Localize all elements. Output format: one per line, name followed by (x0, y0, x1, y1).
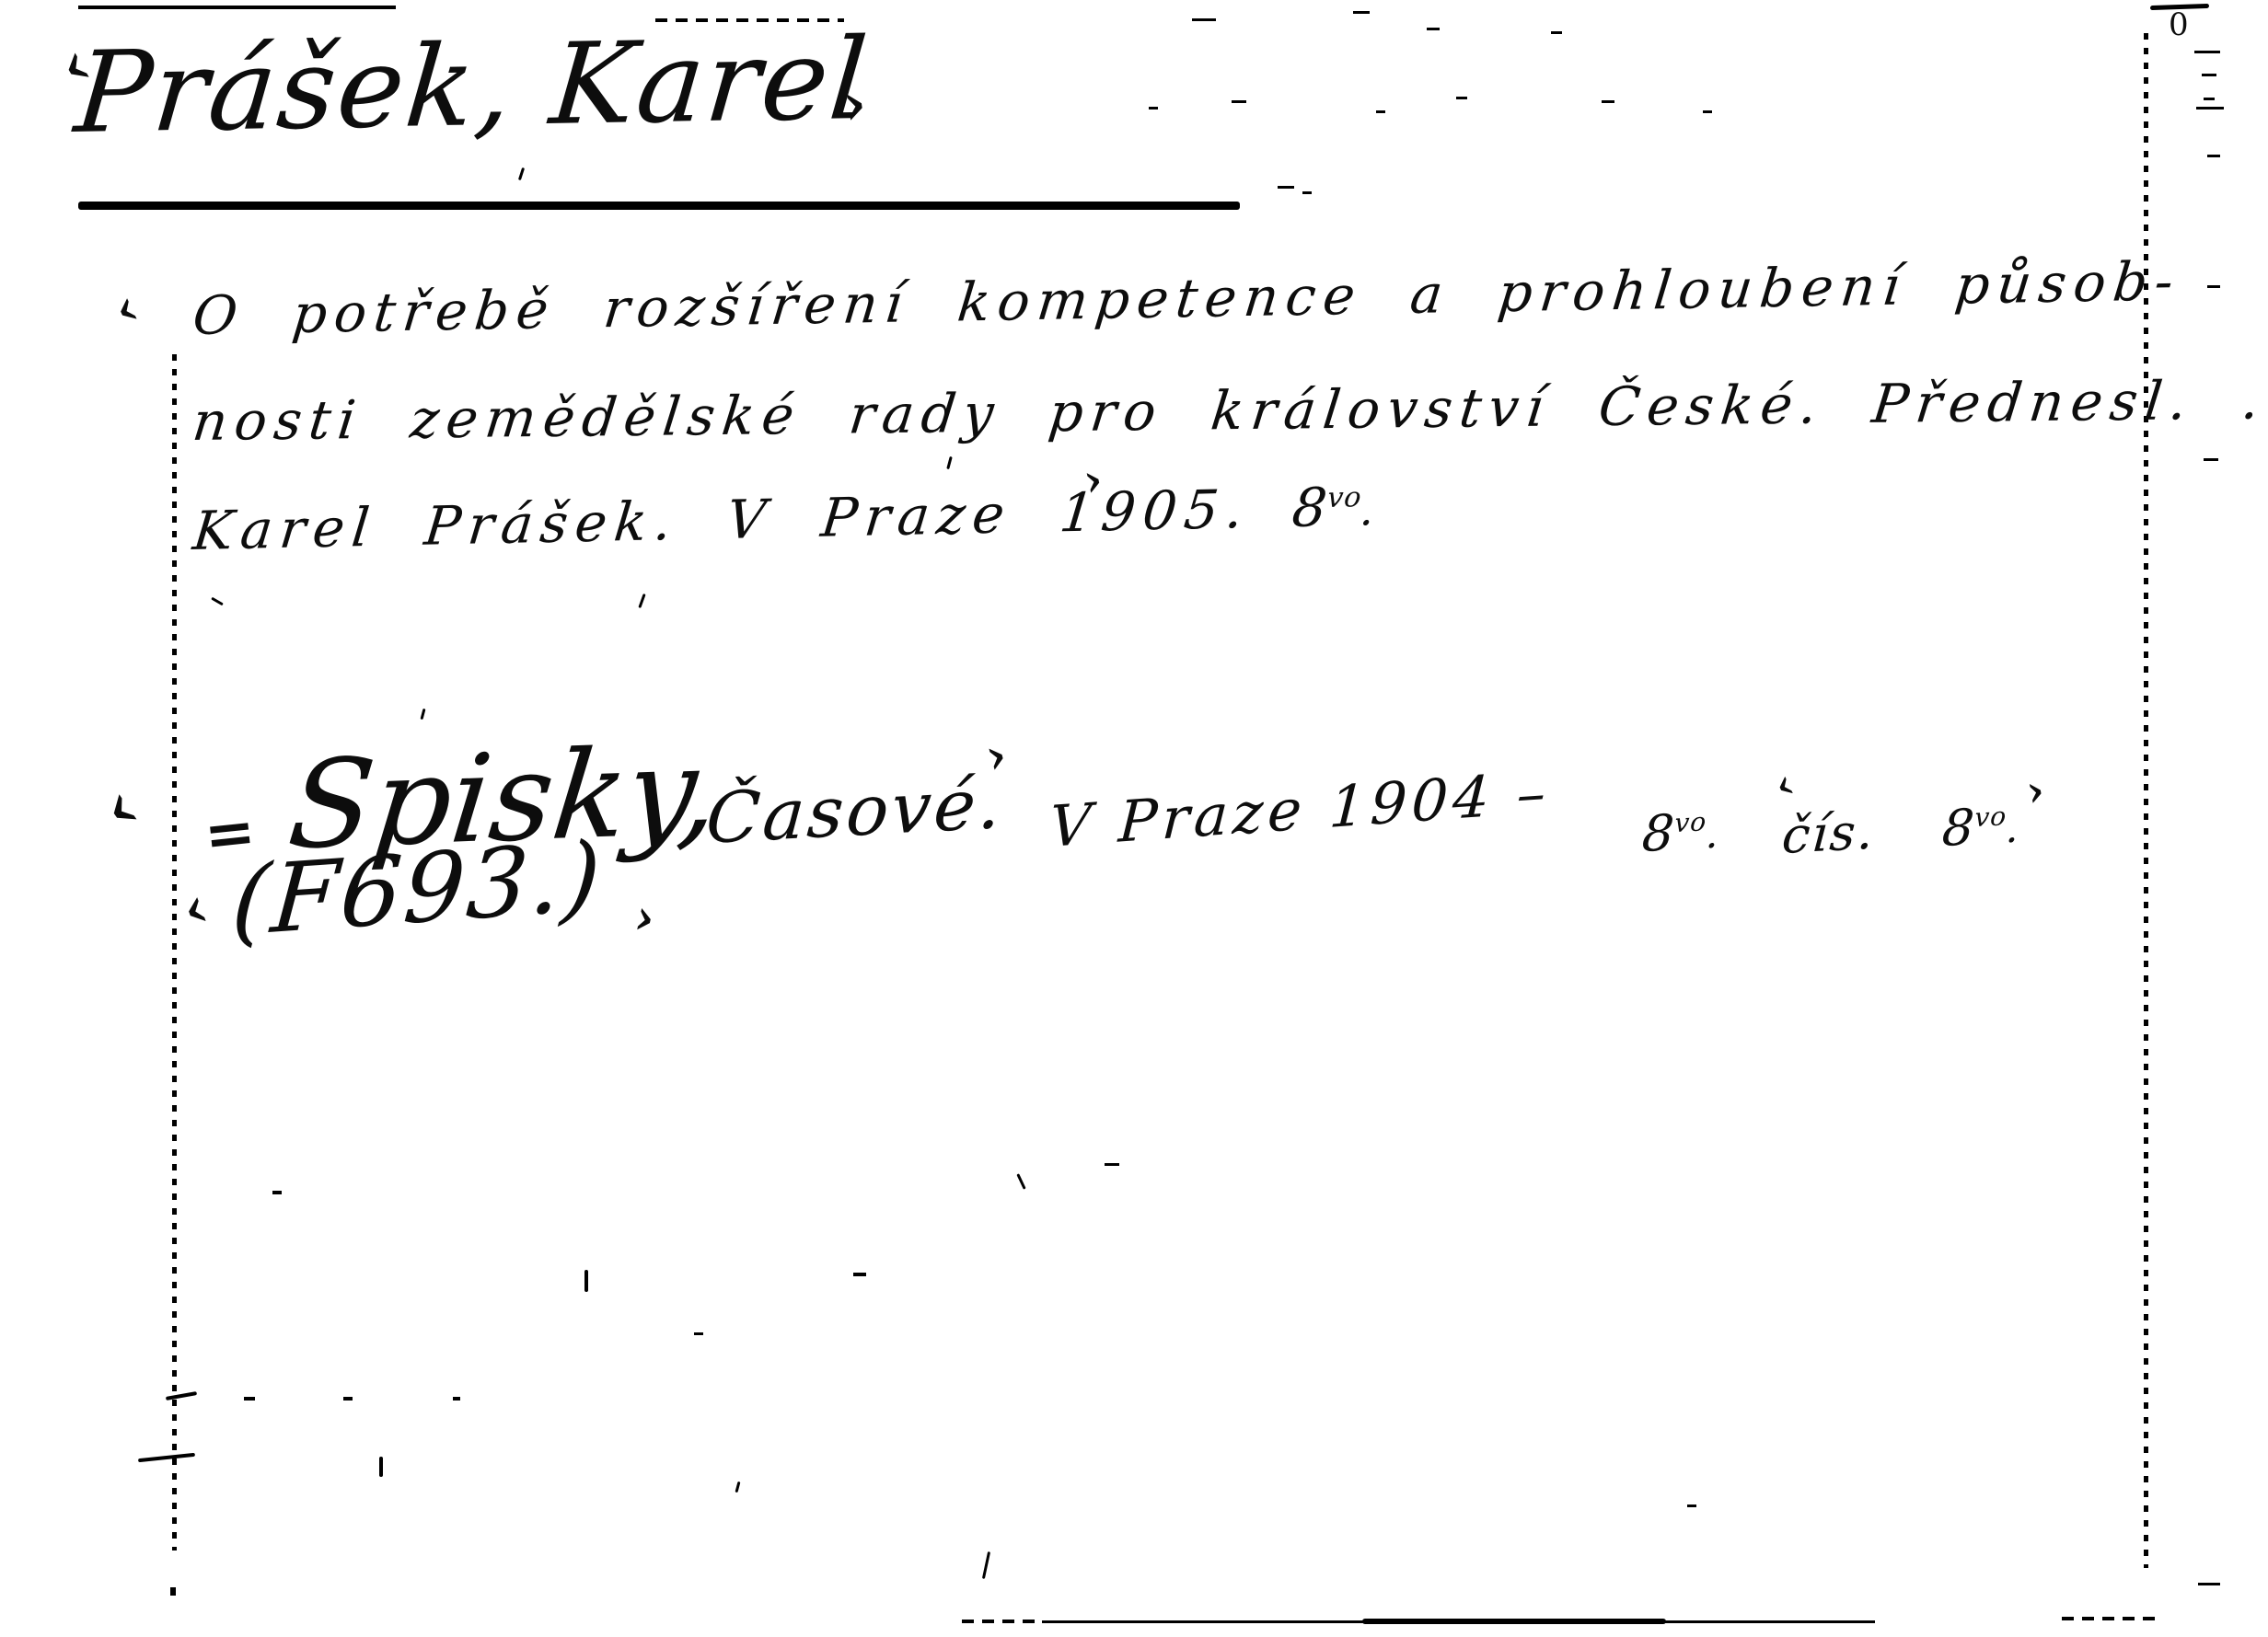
speck (2204, 98, 2215, 100)
bottom-edge-dashes (962, 1620, 1040, 1623)
speck (2196, 107, 2224, 110)
pen-arrow-left: ‹ (175, 880, 214, 940)
speck (379, 1457, 383, 1477)
speck (2198, 1583, 2220, 1585)
crossing-tick (138, 1453, 195, 1462)
entry2-series-subtitle: Časové. (704, 768, 1006, 854)
speck (518, 167, 525, 180)
speck (1551, 31, 1562, 34)
pen-arrow-left: ‹ (90, 773, 150, 842)
pen-arrow-left: ‹ (1769, 764, 1801, 807)
speck (584, 1270, 588, 1292)
speck (1192, 18, 1216, 21)
speck (1302, 191, 1312, 194)
speck (1232, 100, 1246, 103)
entry1-format: 8vo. (1290, 475, 1378, 539)
top-edge-line (78, 6, 396, 9)
speck (946, 456, 953, 469)
entry2-shelfmark: (F693.) (229, 828, 606, 950)
speck (2207, 155, 2220, 157)
speck (420, 709, 425, 720)
speck (1105, 1163, 1119, 1166)
speck (2207, 285, 2220, 288)
speck (272, 1191, 282, 1194)
speck (1427, 28, 1440, 30)
speck (244, 1397, 255, 1401)
speck (1353, 11, 1370, 14)
entry1-line3: Karel Prášek. V Praze 1905.8vo. (191, 479, 1377, 558)
speck (694, 1332, 703, 1335)
left-dotted-border (172, 354, 177, 1551)
catalog-card: 0 ‹ Prášek, Karel › ‹ O potřebě rozšířen… (0, 0, 2268, 1637)
heading-name: Prášek, Karel (71, 23, 873, 149)
speck (1278, 186, 1294, 189)
bottom-edge-line-thick (1362, 1619, 1666, 1624)
crossing-tick (166, 1391, 197, 1401)
pen-stroke (982, 1551, 990, 1579)
entry1-line1: O potřebě rozšíření kompetence a prohlou… (191, 254, 2183, 342)
speck (1016, 1173, 1025, 1190)
speck (1687, 1504, 1696, 1507)
speck (735, 1481, 740, 1493)
speck (453, 1397, 460, 1401)
speck (1703, 110, 1712, 113)
speck (343, 1397, 353, 1401)
speck (1149, 107, 1158, 110)
speck (211, 597, 224, 606)
pen-arrow-right: › (631, 893, 659, 943)
entry2-imprint: V Praze 1904 – (1048, 764, 1552, 856)
corner-sheet-mark: 0 (2169, 9, 2189, 40)
speck (2194, 51, 2220, 53)
speck (1376, 110, 1385, 113)
entry2-format-1: 8vo. (1640, 806, 1720, 859)
pen-arrow-right: › (2023, 768, 2047, 813)
speck (1456, 97, 1467, 99)
speck (2202, 74, 2216, 76)
entry1-line2: nosti zemědělské rady pro království Čes… (190, 373, 2268, 448)
speck (1602, 100, 1614, 103)
speck (853, 1273, 866, 1276)
entry2-numbering: čís. (1780, 807, 1877, 861)
speck (2204, 458, 2218, 461)
pen-arrow-left: ‹ (107, 282, 145, 335)
entry2-format-2: 8vo. (1940, 801, 2020, 854)
bottom-edge-dashes (2062, 1617, 2163, 1620)
speck (638, 594, 645, 608)
heading-rule (78, 202, 1240, 210)
left-border-dot (170, 1587, 176, 1596)
